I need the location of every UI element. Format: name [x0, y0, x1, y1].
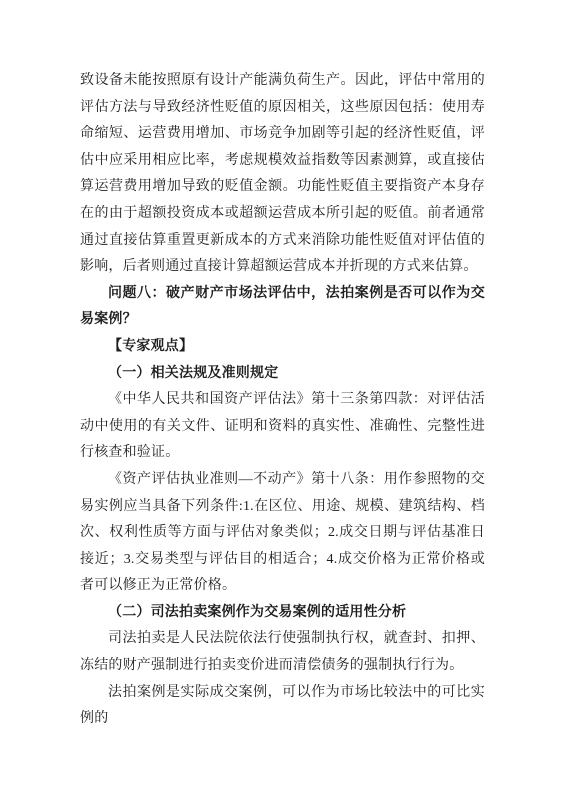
heading-paragraph: 【专家观点】: [80, 334, 485, 361]
body-paragraph: 致设备未能按照原有设计产能满负荷生产。因此，评估中常用的评估方法与导致经济性贬值…: [80, 68, 485, 281]
body-paragraph: 司法拍卖是人民法院依法行使强制执行权，就查封、扣押、冻结的财产强制进行拍卖变价进…: [80, 626, 485, 679]
heading-paragraph: （一）相关法规及准则规定: [80, 361, 485, 388]
body-paragraph: 《中华人民共和国资产评估法》第十三条第四款：对评估活动中使用的有关文件、证明和资…: [80, 387, 485, 467]
document-text-block: 致设备未能按照原有设计产能满负荷生产。因此，评估中常用的评估方法与导致经济性贬值…: [80, 68, 485, 733]
body-paragraph: 法拍案例是实际成交案例，可以作为市场比较法中的可比实例的: [80, 680, 485, 733]
heading-paragraph: （二）司法拍卖案例作为交易案例的适用性分析: [80, 600, 485, 627]
heading-paragraph: 问题八：破产财产市场法评估中，法拍案例是否可以作为交易案例？: [80, 281, 485, 334]
document-page: 致设备未能按照原有设计产能满负荷生产。因此，评估中常用的评估方法与导致经济性贬值…: [0, 0, 565, 800]
body-paragraph: 《资产评估执业准则—不动产》第十八条：用作参照物的交易实例应当具备下列条件:1.…: [80, 467, 485, 600]
